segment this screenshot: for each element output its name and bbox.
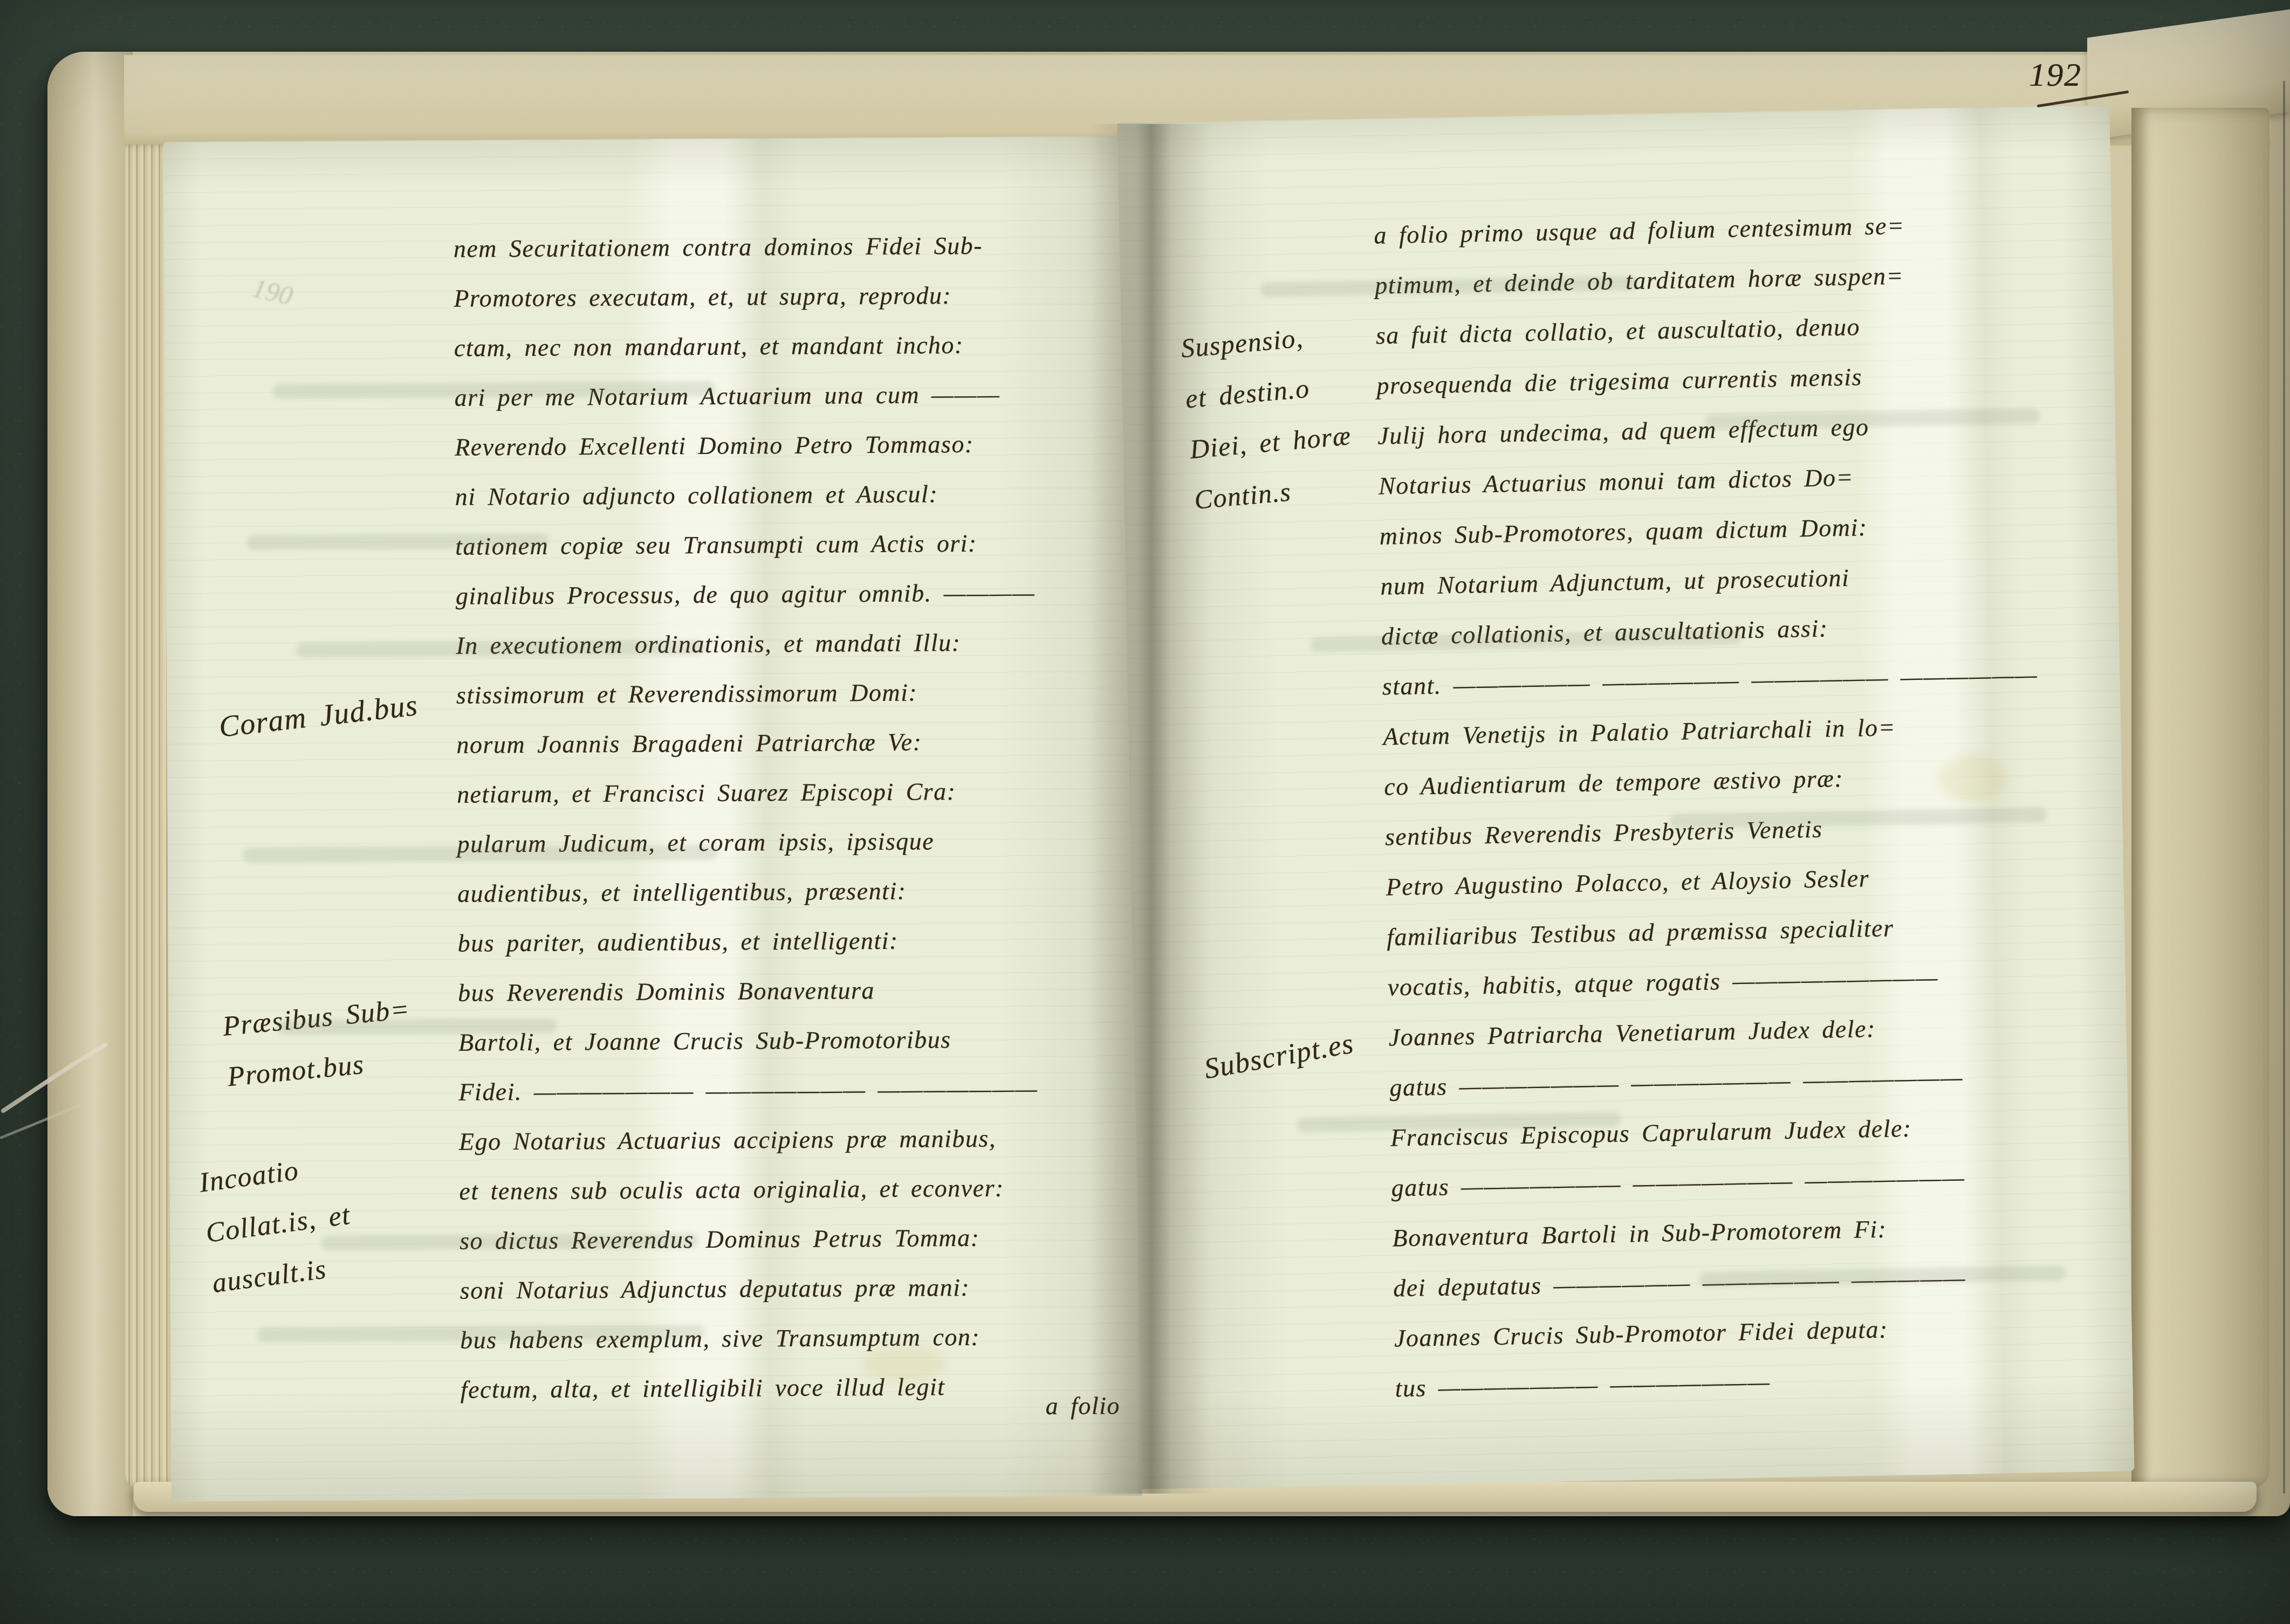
margin-note-subscriptiones: Subscript.es [1200,1017,1358,1094]
manuscript-line: norum Joannis Bragadeni Patriarchæ Ve: [456,716,1131,770]
bleed-through-ghost [243,845,718,863]
margin-note-line: Coram Jud.bus [216,680,421,752]
manuscript-line: Bartoli, et Joanne Crucis Sub-Promotorib… [458,1014,1133,1068]
right-page-text-block: a folio primo usque ad folium centesimum… [1374,196,2145,1413]
manuscript-line: stissimorum et Reverendissimorum Domi: [456,666,1131,720]
manuscript-line: bus pariter, audientibus, et intelligent… [457,914,1132,968]
manuscript-line: audientibus, et intelligentibus, præsent… [457,865,1132,919]
bleed-through-ghost [321,1233,698,1250]
manuscript-line: bus Reverendis Dominis Bonaventura [458,964,1133,1018]
right-page: Suspensio,et destin.oDiei, et horæContin… [1117,105,2135,1489]
manuscript-line: et tenens sub oculis acta originalia, et… [459,1162,1134,1216]
manuscript-line: Fidei. ——————— ——————— ——————— [458,1063,1133,1117]
photo-scene: Coram Jud.bus Præsibus Sub=Promot.bus In… [0,0,2290,1624]
scan-edge-line [2283,81,2285,1494]
bleed-through-ghost [296,640,705,658]
manuscript-line: ctam, nec non mandarunt, et mandant inch… [454,319,1129,373]
bleed-through-ghost [277,1019,557,1035]
manuscript-line: soni Notarius Adjunctus deputatus præ ma… [460,1262,1134,1316]
catchword: a folio [883,1391,1120,1421]
bleed-through-ghost [272,381,715,399]
manuscript-line: pularum Judicum, et coram ipsis, ipsisqu… [457,815,1132,869]
vellum-left-edge [47,52,133,1516]
folio-number-value: 192 [2029,57,2082,93]
bleed-through-ghost [257,1325,704,1343]
manuscript-line: Promotores executam, et, ut supra, repro… [454,270,1128,324]
bleed-through-ghost [246,533,548,550]
manuscript-line: Ego Notarius Actuarius accipiens præ man… [459,1113,1134,1167]
margin-note-coram-judicibus: Coram Jud.bus [216,680,421,752]
manuscript-line: nem Securitationem contra dominos Fidei … [454,220,1128,274]
left-page: Coram Jud.bus Præsibus Sub=Promot.bus In… [163,136,1142,1502]
binding-thread [0,976,119,1148]
manuscript-line: ginalibus Processus, de quo agitur omnib… [456,567,1130,621]
manuscript-line: netiarum, et Francisci Suarez Episcopi C… [457,766,1132,820]
margin-note-praesentibus-sub-promotoribus: Præsibus Sub=Promot.bus [221,984,417,1103]
manuscript-line: Reverendo Excellenti Domino Petro Tommas… [455,418,1129,472]
margin-note-incoatio-collationis: IncoatioCollat.is, etauscult.is [196,1140,360,1309]
margin-note-line: Subscript.es [1200,1017,1358,1094]
vellum-right-flap [2131,108,2270,1488]
margin-note-suspensio-continuationis: Suspensio,et destin.oDiei, et horæContin… [1179,309,1358,525]
folio-number: 192 [2029,56,2129,100]
manuscript-line: ni Notario adjuncto collationem et Auscu… [455,468,1129,522]
manuscript-line: tationem copiæ seu Transumpti cum Actis … [455,518,1130,572]
